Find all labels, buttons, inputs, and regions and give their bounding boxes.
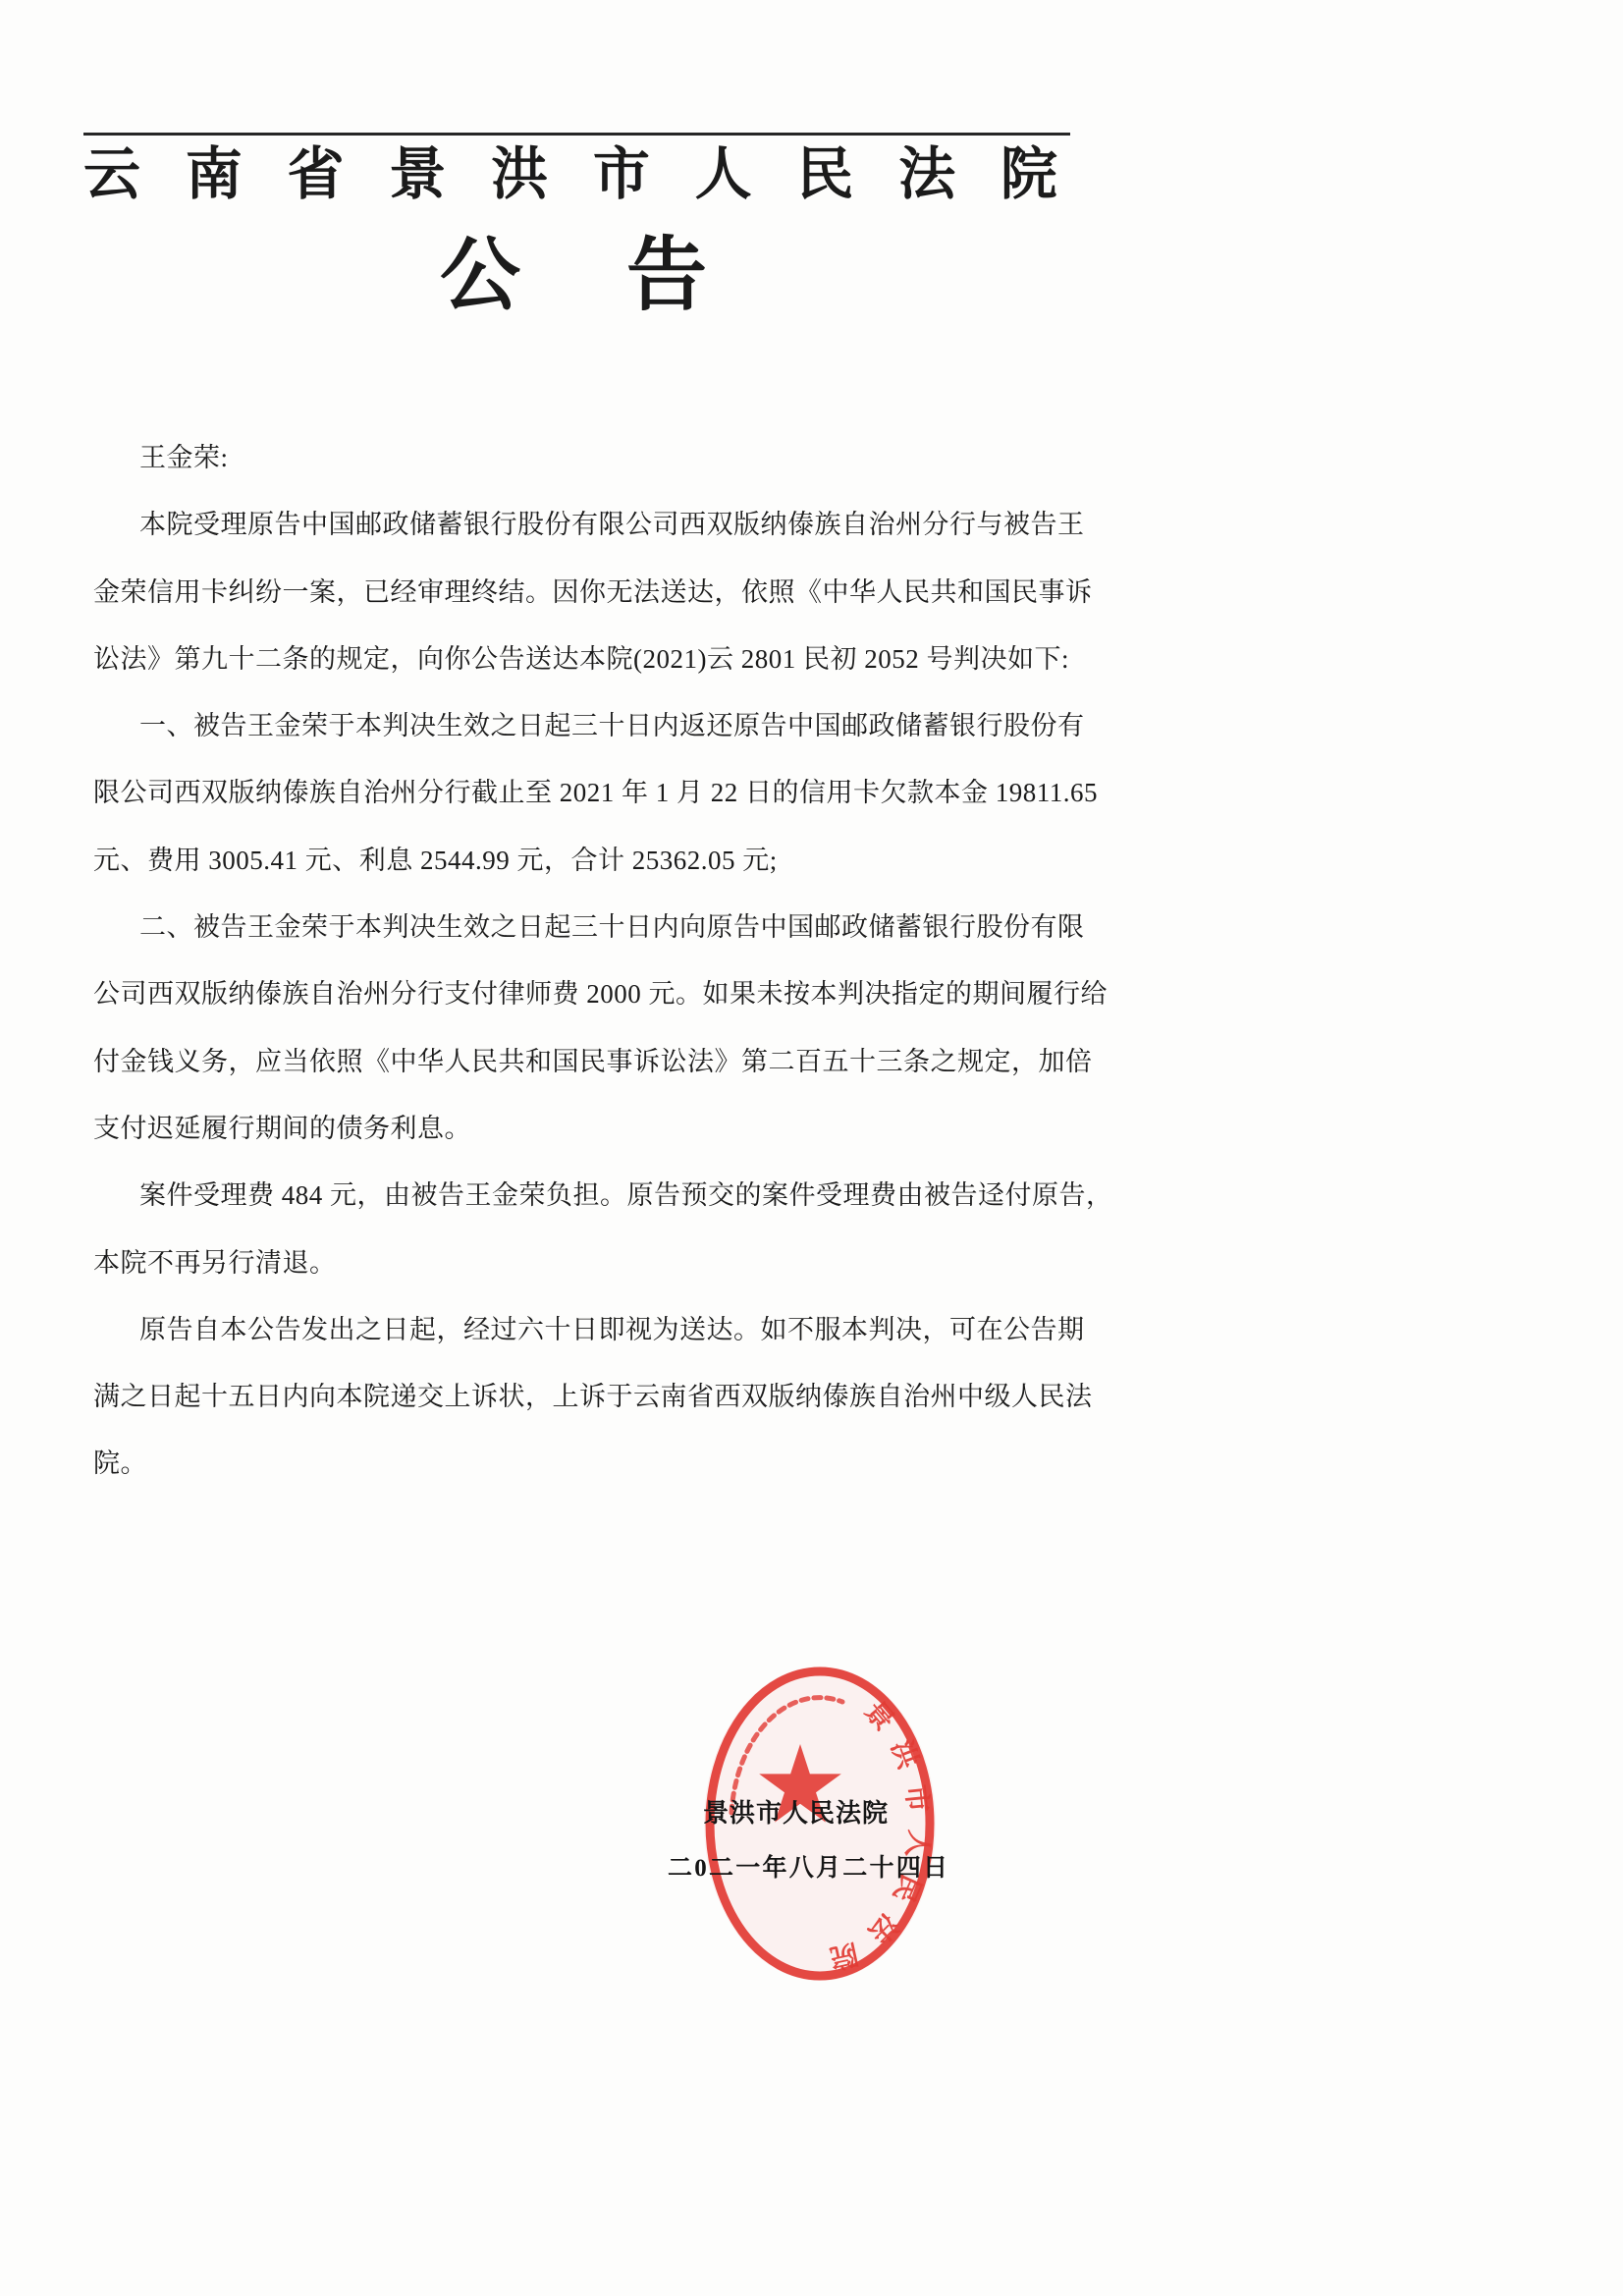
body-line: 王金荣: [93, 424, 1080, 491]
body-line: 讼法》第九十二条的规定，向你公告送达本院(2021)云 2801 民初 2052… [93, 626, 1080, 692]
page: 云南省景洪市人民法院 公告 王金荣: 本院受理原告中国邮政储蓄银行股份有限公司西… [0, 0, 1623, 2296]
body-line: 满之日起十五日内向本院递交上诉状，上诉于云南省西双版纳傣族自治州中级人民法 [93, 1363, 1080, 1430]
title-char: 公 [440, 232, 520, 320]
body-line: 二、被告王金荣于本判决生效之日起三十日内向原告中国邮政储蓄银行股份有限 [93, 894, 1080, 960]
body-line: 一、被告王金荣于本判决生效之日起三十日内返还原告中国邮政储蓄银行股份有 [93, 692, 1080, 759]
body-line: 支付迟延履行期间的债务利息。 [93, 1095, 1080, 1162]
title-char: 景 [389, 143, 446, 206]
title-char: 南 [186, 143, 243, 206]
title-char: 民 [796, 143, 853, 206]
title-char: 人 [695, 143, 752, 206]
title-char: 省 [288, 143, 345, 206]
title-char: 洪 [491, 143, 548, 206]
body-line: 限公司西双版纳傣族自治州分行截止至 2021 年 1 月 22 日的信用卡欠款本… [93, 759, 1080, 826]
body-line: 本院受理原告中国邮政储蓄银行股份有限公司西双版纳傣族自治州分行与被告王 [93, 491, 1080, 558]
court-name-title: 云南省景洪市人民法院 [83, 143, 1057, 206]
body-line: 付金钱义务，应当依照《中华人民共和国民事诉讼法》第二百五十三条之规定，加倍 [93, 1028, 1080, 1095]
body-line: 公司西双版纳傣族自治州分行支付律师费 2000 元。如果未按本判决指定的期间履行… [93, 960, 1080, 1027]
announcement-title: 公告 [440, 232, 707, 320]
body-line: 原告自本公告发出之日起，经过六十日即视为送达。如不服本判决，可在公告期 [93, 1296, 1080, 1363]
header-rule [83, 133, 1070, 136]
title-char: 云 [83, 143, 140, 206]
seal-date: 二 0 二 一 年 八 月 二 十 四 日 [668, 1848, 947, 1884]
title-char: 告 [626, 232, 707, 320]
body-line: 案件受理费 484 元，由被告王金荣负担。原告预交的案件受理费由被告迳付原告， [93, 1162, 1080, 1229]
body-line: 院。 [93, 1430, 1080, 1497]
body-line: 元、费用 3005.41 元、利息 2544.99 元，合计 25362.05 … [93, 827, 1080, 894]
title-char: 市 [593, 143, 650, 206]
body-line: 金荣信用卡纠纷一案，已经审理终结。因你无法送达，依照《中华人民共和国民事诉 [93, 559, 1080, 626]
document-body: 王金荣: 本院受理原告中国邮政储蓄银行股份有限公司西双版纳傣族自治州分行与被告王… [93, 424, 1080, 1498]
title-char: 院 [1001, 143, 1057, 206]
body-line: 本院不再另行清退。 [93, 1230, 1080, 1296]
title-char: 法 [898, 143, 955, 206]
court-signature: 景洪市人民法院 [703, 1793, 889, 1830]
